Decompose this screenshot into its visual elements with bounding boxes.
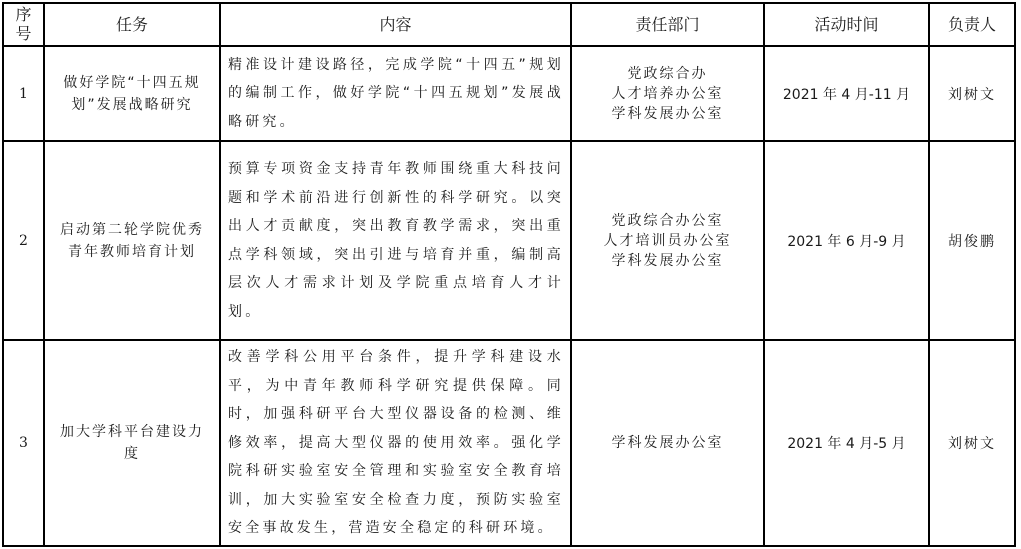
row-time: 2021 年 6 月-9 月 bbox=[764, 141, 929, 340]
row-task: 加大学科平台建设力度 bbox=[44, 340, 220, 546]
row-person: 刘树文 bbox=[929, 340, 1015, 546]
row-person: 胡俊鹏 bbox=[929, 141, 1015, 340]
dept-line: 党政综合办 bbox=[572, 64, 763, 84]
header-person: 负责人 bbox=[929, 3, 1015, 46]
row-content: 精准设计建设路径，完成学院“十四五”规划的编制工作，做好学院“十四五规划”发展战… bbox=[220, 46, 571, 141]
dept-line: 学科发展办公室 bbox=[572, 251, 763, 271]
header-task: 任务 bbox=[44, 3, 220, 46]
header-dept: 责任部门 bbox=[571, 3, 764, 46]
row-num: 2 bbox=[3, 141, 44, 340]
dept-line: 学科发展办公室 bbox=[572, 433, 763, 453]
row-content: 改善学科公用平台条件，提升学科建设水平，为中青年教师科学研究提供保障。同时，加强… bbox=[220, 340, 571, 546]
row-dept: 党政综合办 人才培养办公室 学科发展办公室 bbox=[571, 46, 764, 141]
table-row: 2 启动第二轮学院优秀青年教师培育计划 预算专项资金支持青年教师围绕重大科技问题… bbox=[3, 141, 1015, 340]
task-table: 序号 任务 内容 责任部门 活动时间 负责人 1 做好学院“十四五规划”发展战略… bbox=[2, 2, 1016, 547]
dept-line: 学科发展办公室 bbox=[572, 104, 763, 124]
row-time: 2021 年 4 月-5 月 bbox=[764, 340, 929, 546]
table-row: 1 做好学院“十四五规划”发展战略研究 精准设计建设路径，完成学院“十四五”规划… bbox=[3, 46, 1015, 141]
dept-line: 人才培养办公室 bbox=[572, 84, 763, 104]
dept-line: 党政综合办公室 bbox=[572, 211, 763, 231]
table-row: 3 加大学科平台建设力度 改善学科公用平台条件，提升学科建设水平，为中青年教师科… bbox=[3, 340, 1015, 546]
dept-line: 人才培训员办公室 bbox=[572, 231, 763, 251]
row-person: 刘树文 bbox=[929, 46, 1015, 141]
header-time: 活动时间 bbox=[764, 3, 929, 46]
row-task: 做好学院“十四五规划”发展战略研究 bbox=[44, 46, 220, 141]
table-header-row: 序号 任务 内容 责任部门 活动时间 负责人 bbox=[3, 3, 1015, 46]
row-content: 预算专项资金支持青年教师围绕重大科技问题和学术前沿进行创新性的科学研究。以突出人… bbox=[220, 141, 571, 340]
row-dept: 党政综合办公室 人才培训员办公室 学科发展办公室 bbox=[571, 141, 764, 340]
row-time: 2021 年 4 月-11 月 bbox=[764, 46, 929, 141]
row-num: 3 bbox=[3, 340, 44, 546]
row-num: 1 bbox=[3, 46, 44, 141]
header-num: 序号 bbox=[3, 3, 44, 46]
row-task: 启动第二轮学院优秀青年教师培育计划 bbox=[44, 141, 220, 340]
row-dept: 学科发展办公室 bbox=[571, 340, 764, 546]
header-content: 内容 bbox=[220, 3, 571, 46]
